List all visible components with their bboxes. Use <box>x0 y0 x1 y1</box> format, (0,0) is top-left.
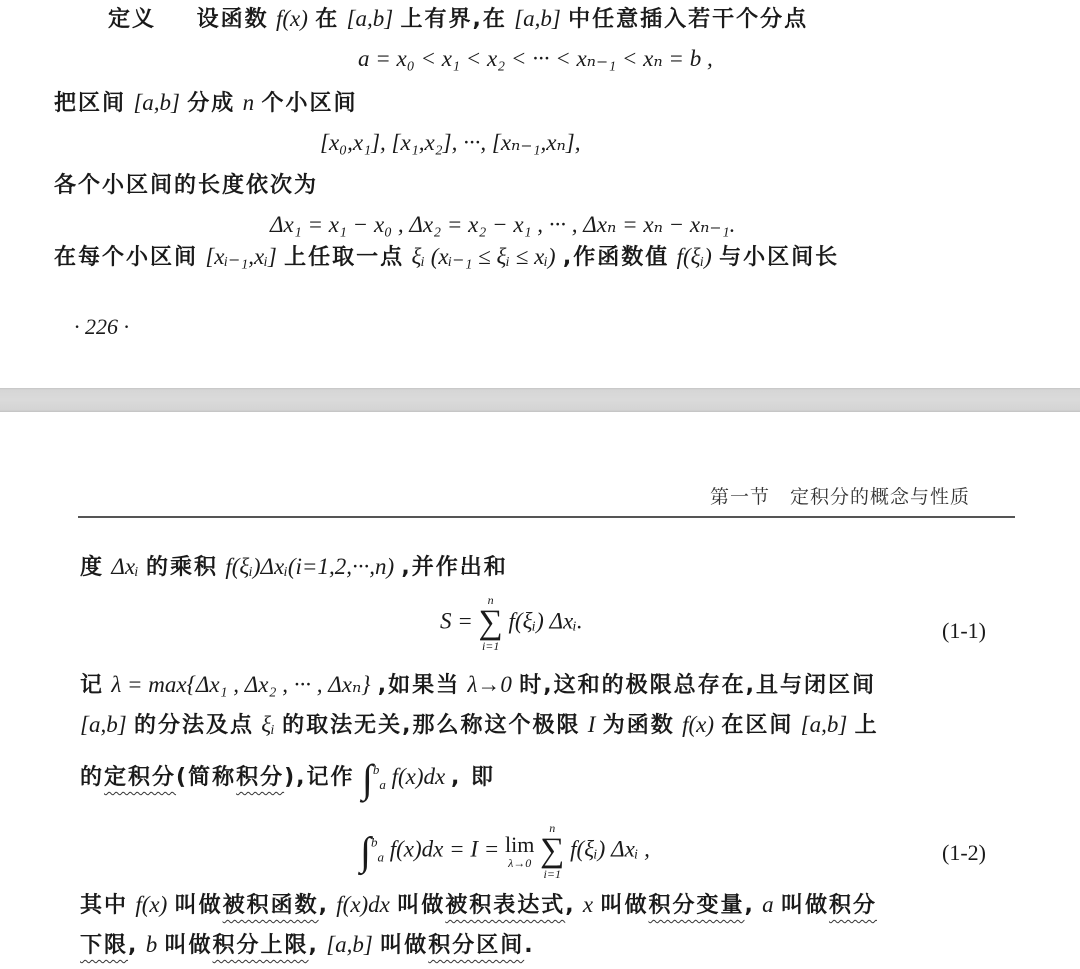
summation-symbol: n ∑ i=1 <box>479 594 503 652</box>
pdf-page-226: 定义 设函数 f(x) 在 [a,b] 上有界,在 [a,b] 中任意插入若干个… <box>0 0 1080 388</box>
equation-number-1-2: (1-2) <box>942 840 986 866</box>
limit-operator: lim λ→0 <box>505 833 534 869</box>
partition-formula: a = x₀ < x₁ < x₂ < ··· < xₙ₋₁ < xₙ = b , <box>358 44 713 74</box>
equation-number-1-1: (1-1) <box>942 618 986 644</box>
term-integration-variable: 积分变量 <box>648 893 744 918</box>
header-rule <box>78 516 1015 518</box>
equation-1-1: S = n ∑ i=1 f(ξᵢ) Δxᵢ. <box>440 594 583 664</box>
term-definite-integral: 定积分 <box>104 765 176 790</box>
pdf-page-227: 第一节 定积分的概念与性质 度 Δxᵢ 的乘积 f(ξᵢ)Δxᵢ(i=1,2,·… <box>0 412 1080 969</box>
term-integrand: 被积函数 <box>223 893 319 918</box>
definition-line-3: 把区间 [a,b] 分成 n 个小区间 <box>54 88 357 119</box>
summation-symbol: n ∑ i=1 <box>540 822 564 880</box>
lengths-formula: Δx₁ = x₁ − x₀ , Δx₂ = x₂ − x₁ , ··· , Δx… <box>270 210 735 240</box>
definition-line-7: 在每个小区间 [xᵢ₋₁,xᵢ] 上任取一点 ξᵢ (xᵢ₋₁ ≤ ξᵢ ≤ x… <box>54 242 839 273</box>
page-break-separator <box>0 388 1080 412</box>
definition-line-1: 定义 设函数 f(x) 在 [a,b] 上有界,在 [a,b] 中任意插入若干个… <box>108 4 808 35</box>
definition-line-5: 各个小区间的长度依次为 <box>54 170 318 201</box>
term-integral-expression: 被积表达式 <box>445 893 565 918</box>
integral-symbol: ∫ <box>360 828 371 873</box>
body-line-7: 其中 f(x) 叫做被积函数, f(x)dx 叫做被积表达式, x 叫做积分变量… <box>80 890 877 921</box>
running-header: 第一节 定积分的概念与性质 <box>710 482 970 512</box>
term-lower-limit-part1: 积分 <box>829 893 877 918</box>
body-line-3: 记 λ = max{Δx₁ , Δx₂ , ··· , Δxₙ} ,如果当 λ→… <box>80 670 876 701</box>
body-line-1: 度 Δxᵢ 的乘积 f(ξᵢ)Δxᵢ(i=1,2,···,n) ,并作出和 <box>80 552 508 583</box>
body-line-4: [a,b] 的分法及点 ξᵢ 的取法无关,那么称这个极限 I 为函数 f(x) … <box>80 710 879 741</box>
definition-label: 定义 <box>108 7 156 32</box>
body-line-5: 的定积分(简称积分),记作 ∫ba f(x)dx , 即 <box>80 762 495 794</box>
term-upper-limit: 积分上限 <box>213 933 309 958</box>
intervals-formula: [x₀,x₁], [x₁,x₂], ···, [xₙ₋₁,xₙ], <box>320 128 580 158</box>
term-lower-limit-part2: 下限 <box>80 933 128 958</box>
term-integral: 积分 <box>236 765 284 790</box>
term-integration-interval: 积分区间 <box>428 933 524 958</box>
page-number: · 226 · <box>74 312 129 342</box>
inline-integral: ∫ba f(x)dx <box>362 764 451 789</box>
body-line-8: 下限, b 叫做积分上限, [a,b] 叫做积分区间. <box>80 930 535 961</box>
equation-1-2: ∫ba f(x)dx = I = lim λ→0 n ∑ i=1 f(ξᵢ) Δ… <box>360 822 650 892</box>
